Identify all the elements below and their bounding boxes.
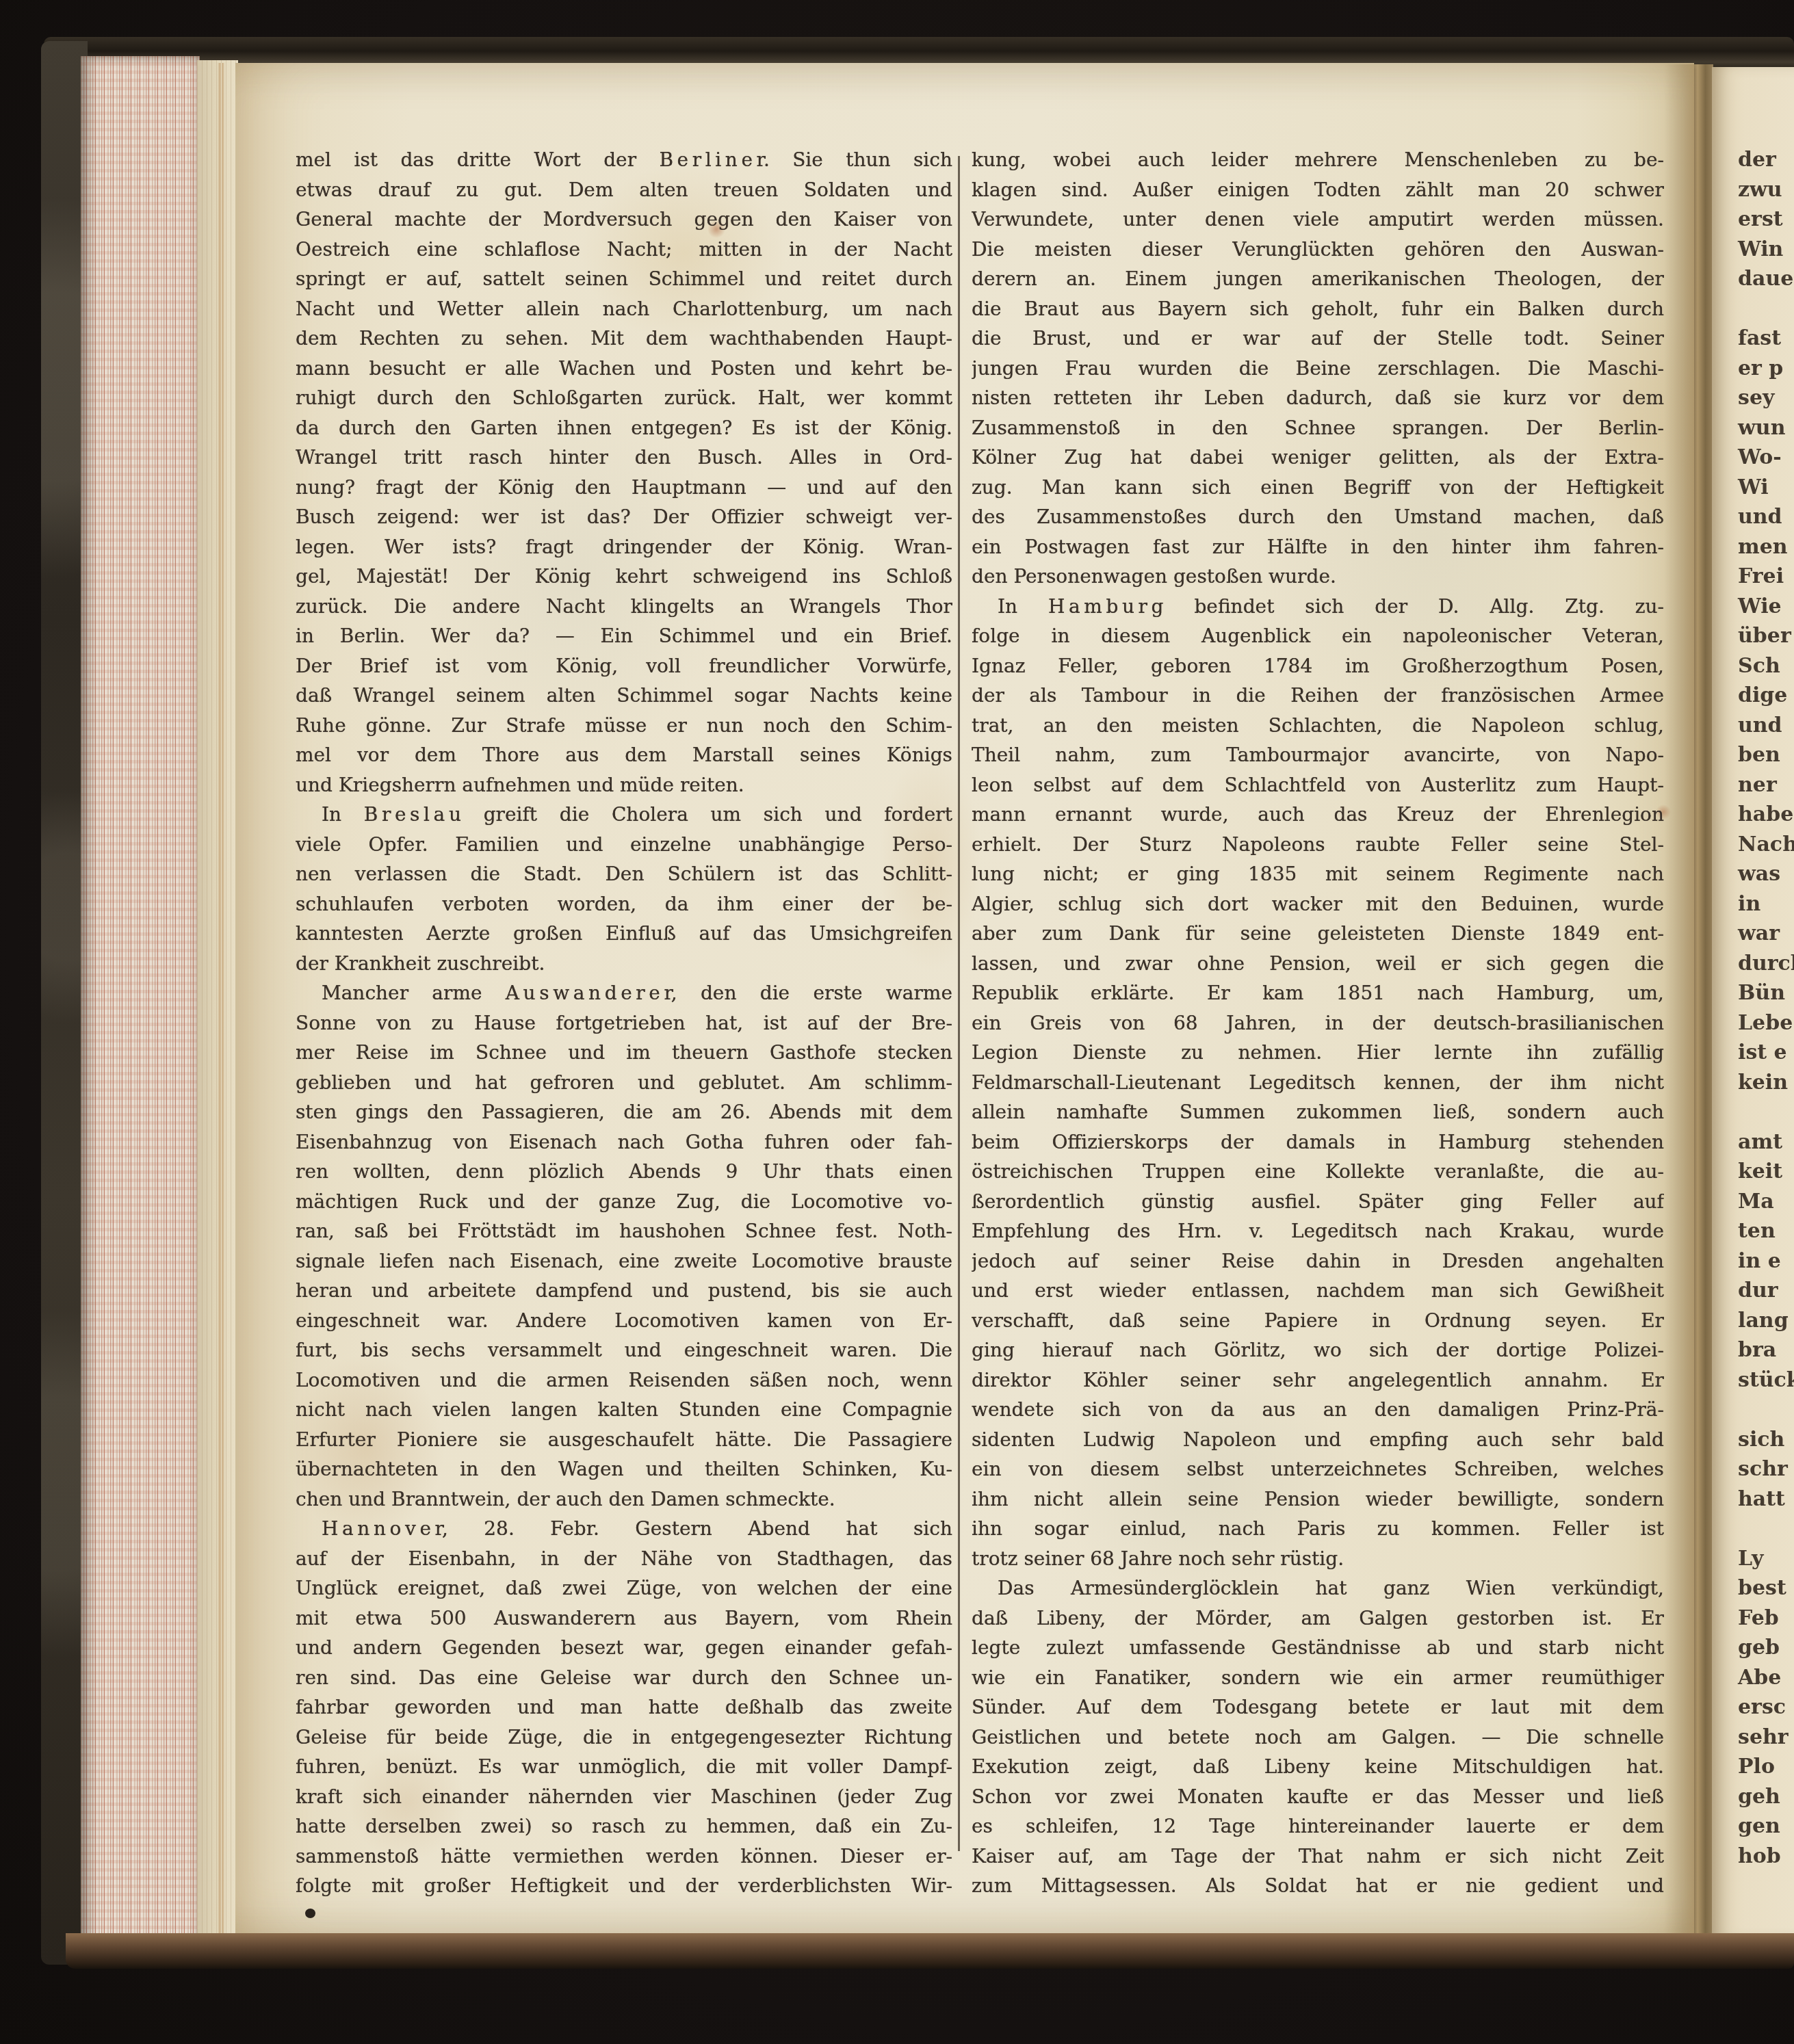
text-line: wie ein Fanatiker, sondern wie ein armer… xyxy=(972,1663,1664,1693)
text-line: erhielt. Der Sturz Napoleons raubte Fell… xyxy=(972,830,1664,860)
text-line: beim Offizierskorps der damals in Hambur… xyxy=(972,1127,1664,1157)
text-line: hatte derselben zwei) so rasch zu hemmen… xyxy=(296,1811,952,1842)
text-fragment: wun xyxy=(1738,413,1794,443)
text-line: fahrbar geworden und man hatte deßhalb d… xyxy=(296,1692,952,1722)
text-line: daß Libeny, der Mörder, am Galgen gestor… xyxy=(972,1603,1664,1634)
text-line: Sonne von zu Hause fortgetrieben hat, is… xyxy=(296,1008,952,1038)
text-line: derern an. Einem jungen amerikanischen T… xyxy=(972,264,1664,294)
text-fragment: in e xyxy=(1738,1246,1794,1276)
text-line: die Brust, und er war auf der Stelle tod… xyxy=(972,324,1664,354)
column-divider-rule xyxy=(958,156,960,1851)
text-line: Mancher arme A u s w a n d e r e r, den … xyxy=(296,978,952,1008)
text-fragment: Ma xyxy=(1738,1187,1794,1217)
ink-spot xyxy=(305,1909,315,1918)
text-line: Eisenbahnzug von Eisenach nach Gotha fuh… xyxy=(296,1127,952,1157)
text-line: Ignaz Feller, geboren 1784 im Großherzog… xyxy=(972,651,1664,681)
text-line: etwas drauf zu gut. Dem alten treuen Sol… xyxy=(296,175,952,205)
text-line: lung nicht; er ging 1835 mit seinem Regi… xyxy=(972,859,1664,889)
text-line: ren sind. Das eine Geleise war durch den… xyxy=(296,1663,952,1693)
text-fragment: sehr xyxy=(1738,1722,1794,1753)
text-line: schuhlaufen verboten worden, da ihm eine… xyxy=(296,889,952,919)
text-line: signale liefen nach Eisenach, eine zweit… xyxy=(296,1246,952,1276)
text-line: fuhren, benüzt. Es war unmöglich, die mi… xyxy=(296,1752,952,1782)
text-line: es schleifen, 12 Tage hintereinander lau… xyxy=(972,1811,1664,1842)
text-line: chen und Branntwein, der auch den Damen … xyxy=(296,1484,952,1515)
text-fragment: sich xyxy=(1738,1425,1794,1455)
text-line: Sünder. Auf dem Todesgang betete er laut… xyxy=(972,1692,1664,1722)
text-fragment: daue xyxy=(1738,264,1794,294)
text-fragment: er p xyxy=(1738,354,1794,384)
text-line: viele Opfer. Familien und einzelne unabh… xyxy=(296,830,952,860)
text-line: ein von diesem selbst unterzeichnetes Sc… xyxy=(972,1454,1664,1484)
text-fragment xyxy=(1738,294,1794,324)
text-fragment: der xyxy=(1738,145,1794,175)
text-line: ein Postwagen fast zur Hälfte in den hin… xyxy=(972,532,1664,562)
text-fragment: Wo- xyxy=(1738,443,1794,473)
text-line: geblieben und hat gefroren und geblutet.… xyxy=(296,1068,952,1098)
text-line: Verwundete, unter denen viele amputirt w… xyxy=(972,205,1664,235)
text-line: mann ernannt wurde, auch das Kreuz der E… xyxy=(972,800,1664,830)
text-line: klagen sind. Außer einigen Todten zählt … xyxy=(972,175,1664,205)
book-scan-photo: mel ist das dritte Wort der B e r l i n … xyxy=(0,0,1794,2044)
text-line: die Braut aus Bayern sich geholt, fuhr e… xyxy=(972,294,1664,324)
text-line: kraft sich einander nähernden vier Masch… xyxy=(296,1782,952,1812)
text-line: allein namhafte Summen zukommen ließ, so… xyxy=(972,1097,1664,1127)
text-fragment: fast xyxy=(1738,324,1794,354)
text-line: ßerordentlich günstig ausfiel. Später gi… xyxy=(972,1187,1664,1217)
page-fold-line xyxy=(218,63,224,1937)
text-line: mächtigen Ruck und der ganze Zug, die Lo… xyxy=(296,1187,952,1217)
text-line: sidenten Ludwig Napoleon und empfing auc… xyxy=(972,1425,1664,1455)
text-line: Exekution zeigt, daß Libeny keine Mitsch… xyxy=(972,1752,1664,1782)
text-line: in Berlin. Wer da? — Ein Schimmel und ei… xyxy=(296,621,952,651)
text-line: und andern Gegenden besezt war, gegen ei… xyxy=(296,1633,952,1663)
text-fragment: was xyxy=(1738,859,1794,889)
text-line: folgte mit großer Heftigkeit und der ver… xyxy=(296,1871,952,1901)
text-line: und Kriegsherrn aufnehmen und müde reite… xyxy=(296,770,952,800)
text-line: nicht nach vielen langen kalten Stunden … xyxy=(296,1395,952,1425)
text-line: trotz seiner 68 Jahre noch sehr rüstig. xyxy=(972,1544,1664,1574)
text-line: direktor Köhler seiner sehr angelegentli… xyxy=(972,1365,1664,1396)
text-line: kung, wobei auch leider mehrere Menschen… xyxy=(972,145,1664,175)
text-fragment: ten xyxy=(1738,1216,1794,1246)
text-fragment: lang xyxy=(1738,1306,1794,1336)
text-fragment: Ly xyxy=(1738,1544,1794,1574)
text-line: verschafft, daß seine Papiere in Ordnung… xyxy=(972,1306,1664,1336)
text-line: springt er auf, sattelt seinen Schimmel … xyxy=(296,264,952,294)
text-fragment: bra xyxy=(1738,1335,1794,1365)
text-line: Das Armesünderglöcklein hat ganz Wien ve… xyxy=(972,1573,1664,1603)
text-line: mit etwa 500 Auswanderern aus Bayern, vo… xyxy=(296,1603,952,1634)
text-line: mann besucht er alle Wachen und Posten u… xyxy=(296,354,952,384)
text-line: Legion Dienste zu nehmen. Hier lernte ih… xyxy=(972,1038,1664,1068)
text-line: Erfurter Pioniere sie ausgeschaufelt hät… xyxy=(296,1425,952,1455)
text-line: mel ist das dritte Wort der B e r l i n … xyxy=(296,145,952,175)
text-fragment: und xyxy=(1738,711,1794,741)
text-fragment: geh xyxy=(1738,1782,1794,1812)
text-line: der als Tambour in die Reihen der franzö… xyxy=(972,681,1664,711)
text-fragment: schr xyxy=(1738,1454,1794,1484)
text-line: Die meisten dieser Verunglückten gehören… xyxy=(972,235,1664,265)
text-line: legte zulezt umfassende Geständnisse ab … xyxy=(972,1633,1664,1663)
text-line: Feldmarschall-Lieutenant Legeditsch kenn… xyxy=(972,1068,1664,1098)
page-gutter-fold xyxy=(1664,64,1713,1937)
text-fragment: hatt xyxy=(1738,1484,1794,1515)
text-fragment: dige xyxy=(1738,681,1794,711)
text-line: jedoch auf seiner Reise dahin in Dresden… xyxy=(972,1246,1664,1276)
text-line: sammenstoß hätte vermiethen werden könne… xyxy=(296,1842,952,1872)
text-line: gel, Majestät! Der König kehrt schweigen… xyxy=(296,562,952,592)
text-line: aber zum Dank für seine geleisteten Dien… xyxy=(972,919,1664,949)
text-line: Empfehlung des Hrn. v. Legeditsch nach K… xyxy=(972,1216,1664,1246)
text-fragment: Bün xyxy=(1738,978,1794,1008)
text-line: heran und arbeitete dampfend und pustend… xyxy=(296,1276,952,1306)
text-line: zum Mittagsessen. Als Soldat hat er nie … xyxy=(972,1871,1664,1901)
text-fragment: Wie xyxy=(1738,592,1794,622)
text-fragment: keit xyxy=(1738,1157,1794,1187)
text-fragment: best xyxy=(1738,1573,1794,1603)
text-line: nen verlassen die Stadt. Den Schülern is… xyxy=(296,859,952,889)
text-fragment: geb xyxy=(1738,1633,1794,1663)
text-line: sten gings den Passagieren, die am 26. A… xyxy=(296,1097,952,1127)
text-fragment: dur xyxy=(1738,1276,1794,1306)
text-line: ein Greis von 68 Jahren, in der deutsch-… xyxy=(972,1008,1664,1038)
text-line: zurück. Die andere Nacht klingelts an Wr… xyxy=(296,592,952,622)
text-line: Unglück ereignet, daß zwei Züge, von wel… xyxy=(296,1573,952,1603)
page-stack-fore-edge xyxy=(81,56,200,1945)
text-fragment: durch xyxy=(1738,949,1794,979)
text-fragment: Win xyxy=(1738,235,1794,265)
text-line: Locomotiven und die armen Reisenden säße… xyxy=(296,1365,952,1396)
text-column-right: kung, wobei auch leider mehrere Menschen… xyxy=(972,145,1664,1901)
text-fragment: erst xyxy=(1738,205,1794,235)
text-fragment xyxy=(1738,1097,1794,1127)
text-line: wendete sich von da aus an den damaligen… xyxy=(972,1395,1664,1425)
facing-page-text-fragments: derzwuerstWindaue faster pseywunWo-Wiund… xyxy=(1738,145,1794,1871)
text-line: Busch zeigend: wer ist das? Der Offizier… xyxy=(296,502,952,532)
text-fragment: Lebe xyxy=(1738,1008,1794,1038)
text-line: ging hierauf nach Görlitz, wo sich der d… xyxy=(972,1335,1664,1365)
text-line: nung? fragt der König den Hauptmann — un… xyxy=(296,473,952,503)
text-line: leon selbst auf dem Schlachtfeld von Aus… xyxy=(972,770,1664,800)
text-fragment: gen xyxy=(1738,1811,1794,1842)
text-line: ran, saß bei Fröttstädt im haushohen Sch… xyxy=(296,1216,952,1246)
text-line: des Zusammenstoßes durch den Umstand mac… xyxy=(972,502,1664,532)
text-fragment: und xyxy=(1738,502,1794,532)
text-line: Wrangel tritt rasch hinter den Busch. Al… xyxy=(296,443,952,473)
text-line: mel vor dem Thore aus dem Marstall seine… xyxy=(296,740,952,770)
text-line: Oestreich eine schlaflose Nacht; mitten … xyxy=(296,235,952,265)
text-line: Kölner Zug hat dabei weniger gelitten, a… xyxy=(972,443,1664,473)
text-fragment: stück xyxy=(1738,1365,1794,1396)
text-fragment: ner xyxy=(1738,770,1794,800)
book-bottom-edge xyxy=(66,1933,1794,1969)
text-line: H a n n o v e r, 28. Febr. Gestern Abend… xyxy=(296,1514,952,1544)
text-fragment: ersc xyxy=(1738,1692,1794,1722)
text-fragment: ist e xyxy=(1738,1038,1794,1068)
text-fragment: in xyxy=(1738,889,1794,919)
text-fragment: war xyxy=(1738,919,1794,949)
text-fragment: men xyxy=(1738,532,1794,562)
text-fragment: Sch xyxy=(1738,651,1794,681)
text-line: der Krankheit zuschreibt. xyxy=(296,949,952,979)
text-fragment xyxy=(1738,1514,1794,1544)
text-line: ruhigt durch den Schloßgarten zurück. Ha… xyxy=(296,383,952,413)
text-line: ren wollten, denn plözlich Abends 9 Uhr … xyxy=(296,1157,952,1187)
text-line: Republik erklärte. Er kam 1851 nach Hamb… xyxy=(972,978,1664,1008)
text-fragment: habe xyxy=(1738,800,1794,830)
text-fragment: ben xyxy=(1738,740,1794,770)
text-fragment: zwu xyxy=(1738,175,1794,205)
text-fragment: Plo xyxy=(1738,1752,1794,1782)
text-line: Kaiser auf, am Tage der That nahm er sic… xyxy=(972,1842,1664,1872)
text-fragment xyxy=(1738,1395,1794,1425)
text-fragment: Feb xyxy=(1738,1603,1794,1634)
text-fragment: Wi xyxy=(1738,473,1794,503)
text-fragment: Nach xyxy=(1738,830,1794,860)
text-line: ihn sogar einlud, nach Paris zu kommen. … xyxy=(972,1514,1664,1544)
text-line: da durch den Garten ihnen entgegen? Es i… xyxy=(296,413,952,443)
text-fragment: hob xyxy=(1738,1842,1794,1872)
text-fragment: Frei xyxy=(1738,562,1794,592)
text-line: Zusammenstoß in den Schnee sprangen. Der… xyxy=(972,413,1664,443)
text-line: den Personenwagen gestoßen wurde. xyxy=(972,562,1664,592)
text-line: Geistlichen und betete noch am Galgen. —… xyxy=(972,1722,1664,1753)
text-line: Algier, schlug sich dort wacker mit den … xyxy=(972,889,1664,919)
text-line: ihm nicht allein seine Pension wieder be… xyxy=(972,1484,1664,1515)
text-line: mer Reise im Schnee und im theuern Gasth… xyxy=(296,1038,952,1068)
text-line: trat, an den meisten Schlachten, die Nap… xyxy=(972,711,1664,741)
text-line: auf der Eisenbahn, in der Nähe von Stadt… xyxy=(296,1544,952,1574)
text-line: folge in diesem Augenblick ein napoleoni… xyxy=(972,621,1664,651)
text-line: nisten retteten ihr Leben dadurch, daß s… xyxy=(972,383,1664,413)
text-line: General machte der Mordversuch gegen den… xyxy=(296,205,952,235)
text-line: Geleise für beide Züge, die in entgegeng… xyxy=(296,1722,952,1753)
text-line: Nacht und Wetter allein nach Charlottenb… xyxy=(296,294,952,324)
text-line: lassen, und zwar ohne Pension, weil er s… xyxy=(972,949,1664,979)
text-line: eingeschneit war. Andere Locomotiven kam… xyxy=(296,1306,952,1336)
text-line: daß Wrangel seinem alten Schimmel sogar … xyxy=(296,681,952,711)
text-line: dem Rechten zu sehen. Mit dem wachthaben… xyxy=(296,324,952,354)
text-line: In H a m b u r g befindet sich der D. Al… xyxy=(972,592,1664,622)
text-line: Der Brief ist vom König, voll freundlich… xyxy=(296,651,952,681)
text-line: jungen Frau wurden die Beine zerschlagen… xyxy=(972,354,1664,384)
text-fragment: kein xyxy=(1738,1068,1794,1098)
text-column-left: mel ist das dritte Wort der B e r l i n … xyxy=(296,145,952,1901)
text-line: und erst wieder entlassen, nachdem man s… xyxy=(972,1276,1664,1306)
text-line: furt, bis sechs versammelt und eingeschn… xyxy=(296,1335,952,1365)
text-line: Ruhe gönne. Zur Strafe müsse er nun noch… xyxy=(296,711,952,741)
text-fragment: Abe xyxy=(1738,1663,1794,1693)
text-fragment: amt xyxy=(1738,1127,1794,1157)
text-line: östreichischen Truppen eine Kollekte ver… xyxy=(972,1157,1664,1187)
text-line: Theil nahm, zum Tambourmajor avancirte, … xyxy=(972,740,1664,770)
text-fragment: sey xyxy=(1738,383,1794,413)
text-line: kanntesten Aerzte großen Einfluß auf das… xyxy=(296,919,952,949)
text-line: In B r e s l a u greift die Cholera um s… xyxy=(296,800,952,830)
text-fragment: über xyxy=(1738,621,1794,651)
text-line: zug. Man kann sich einen Begriff von der… xyxy=(972,473,1664,503)
text-line: Schon vor zwei Monaten kaufte er das Mes… xyxy=(972,1782,1664,1812)
text-line: übernachteten in den Wagen und theilten … xyxy=(296,1454,952,1484)
text-line: legen. Wer ists? fragt dringender der Kö… xyxy=(296,532,952,562)
